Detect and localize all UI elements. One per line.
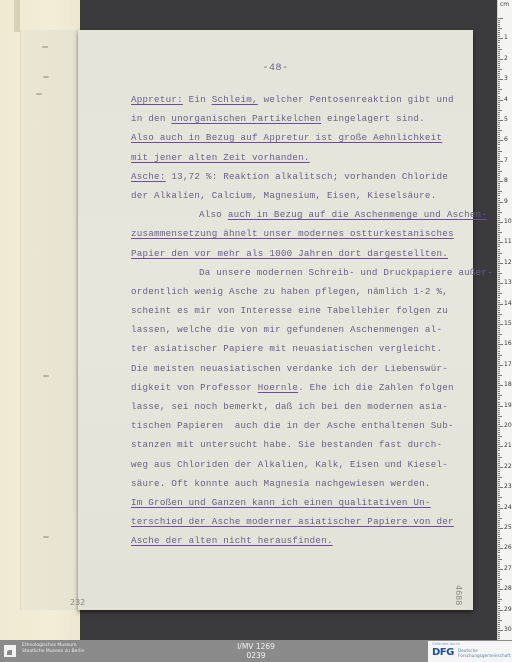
ruler-tick xyxy=(498,406,503,407)
ruler-tick xyxy=(498,620,502,621)
ruler-tick xyxy=(498,524,500,525)
ruler-tick xyxy=(498,26,500,27)
ruler-tick xyxy=(498,279,500,280)
ruler-tick xyxy=(498,365,503,366)
text-segment: Da unsere modernen Schreib- und Druckpap… xyxy=(199,267,493,278)
ruler-tick xyxy=(498,528,503,529)
ruler-label: 6 xyxy=(504,136,508,143)
ruler-tick xyxy=(498,497,502,498)
ruler-tick xyxy=(498,512,500,513)
ruler-tick xyxy=(498,289,500,290)
ruler-tick xyxy=(498,200,500,201)
text-segment: Also xyxy=(199,209,228,220)
text-segment: lassen, welche die von mir gefundenen As… xyxy=(131,324,442,335)
ruler-tick xyxy=(498,81,500,82)
underlined-text: auch in Bezug auf die Aschenmenge und As… xyxy=(228,209,487,220)
ruler-tick xyxy=(498,30,500,31)
ruler-tick xyxy=(498,132,500,133)
ruler-tick xyxy=(498,638,500,639)
text-line: Im Großen und Ganzen kann ich einen qual… xyxy=(131,493,461,512)
ruler-tick xyxy=(498,632,500,633)
ruler-tick xyxy=(498,89,502,90)
ruler-tick xyxy=(498,167,500,168)
ruler-tick xyxy=(498,198,500,199)
ruler-tick xyxy=(498,142,500,143)
ruler-tick xyxy=(498,302,500,303)
cm-ruler: cm 1234567891011121314151617181920212223… xyxy=(497,0,512,640)
ruler-tick xyxy=(498,402,500,403)
ruler-tick xyxy=(498,420,500,421)
text-line: Also auch in Bezug auf die Aschenmenge u… xyxy=(131,205,461,224)
ruler-tick xyxy=(498,342,500,343)
ruler-tick xyxy=(498,430,500,431)
ruler-tick xyxy=(498,377,500,378)
punch-hole-mark xyxy=(43,375,49,377)
ruler-tick xyxy=(498,246,500,247)
ruler-tick xyxy=(498,606,500,607)
ruler-tick xyxy=(498,161,503,162)
ruler-tick xyxy=(498,410,500,411)
ruler-tick xyxy=(498,159,500,160)
ruler-tick xyxy=(498,563,500,564)
text-line: Die meisten neuasiatischen verdanke ich … xyxy=(131,359,461,378)
ruler-label: 2 xyxy=(504,55,508,62)
ruler-tick xyxy=(498,204,500,205)
ruler-tick xyxy=(498,179,500,180)
text-segment: ter asiatischer Papiere mit neuasiatisch… xyxy=(131,343,442,354)
ruler-tick xyxy=(498,214,500,215)
ruler-tick xyxy=(498,514,500,515)
ruler-tick xyxy=(498,344,503,345)
ruler-tick xyxy=(498,34,500,35)
ruler-tick xyxy=(498,469,500,470)
text-line: mit jener alten Zeit vorhanden. xyxy=(131,148,461,167)
ruler-label: 20 xyxy=(504,422,512,429)
text-line: säure. Oft konnte auch Magnesia nachgewi… xyxy=(131,474,461,493)
text-line: weg aus Chloriden der Alkalien, Kalk, Ei… xyxy=(131,455,461,474)
underlined-text: Asche: xyxy=(131,171,166,182)
ruler-tick xyxy=(498,442,500,443)
ruler-unit-label: cm xyxy=(500,1,509,8)
ruler-tick xyxy=(498,191,502,192)
ruler-tick xyxy=(498,226,500,227)
text-line: Asche der alten nicht herausfinden. xyxy=(131,531,461,550)
ruler-tick xyxy=(498,328,500,329)
ruler-label: 10 xyxy=(504,218,512,225)
ruler-tick xyxy=(498,138,500,139)
ruler-tick xyxy=(498,336,500,337)
ruler-tick xyxy=(498,32,500,33)
ruler-tick xyxy=(498,134,500,135)
ruler-tick xyxy=(498,334,502,335)
ruler-tick xyxy=(498,395,502,396)
ruler-tick xyxy=(498,618,500,619)
ruler-label: 16 xyxy=(504,340,512,347)
ruler-tick xyxy=(498,169,500,170)
ruler-tick xyxy=(498,149,500,150)
ruler-tick xyxy=(498,155,500,156)
ruler-tick xyxy=(498,85,500,86)
ruler-label: 18 xyxy=(504,381,512,388)
ruler-tick xyxy=(498,493,500,494)
ruler-tick xyxy=(498,585,500,586)
ruler-tick xyxy=(498,532,500,533)
ruler-tick xyxy=(498,114,500,115)
ruler-tick xyxy=(498,316,500,317)
ruler-tick xyxy=(498,534,500,535)
ruler-tick xyxy=(498,24,500,25)
ruler-tick xyxy=(498,408,500,409)
ruler-tick xyxy=(498,102,500,103)
ruler-tick xyxy=(498,338,500,339)
ruler-tick xyxy=(498,422,500,423)
text-segment: 13,72 %: Reaktion alkalitsch; vorhanden … xyxy=(166,171,448,182)
ruler-tick xyxy=(498,616,500,617)
ruler-tick xyxy=(498,459,500,460)
ruler-tick xyxy=(498,340,500,341)
punch-hole-mark xyxy=(36,93,42,95)
ruler-tick xyxy=(498,489,500,490)
ruler-tick xyxy=(498,542,500,543)
ruler-tick xyxy=(498,67,500,68)
ruler-tick xyxy=(498,573,500,574)
ruler-tick xyxy=(498,450,500,451)
ruler-tick xyxy=(498,283,503,284)
ruler-tick xyxy=(498,112,500,113)
text-line: der Alkalien, Calcium, Magnesium, Eisen,… xyxy=(131,186,461,205)
ruler-tick xyxy=(498,379,500,380)
ruler-tick xyxy=(498,257,500,258)
ruler-tick xyxy=(498,136,500,137)
ruler-tick xyxy=(498,416,502,417)
ruler-tick xyxy=(498,353,500,354)
punch-hole-mark xyxy=(42,46,48,48)
ruler-tick xyxy=(498,622,500,623)
ruler-tick xyxy=(498,455,500,456)
ruler-tick xyxy=(498,495,500,496)
ruler-tick xyxy=(498,83,500,84)
ruler-tick xyxy=(498,130,502,131)
text-segment: eingelagert sind. xyxy=(321,113,425,124)
ruler-tick xyxy=(498,610,503,611)
ruler-tick xyxy=(498,491,500,492)
ruler-tick xyxy=(498,612,500,613)
text-line: digkeit von Professor Hoernle. Ehe ich d… xyxy=(131,378,461,397)
ruler-tick xyxy=(498,603,500,604)
text-segment: lasse, sei noch bemerkt, daß ich bei den… xyxy=(131,401,448,412)
underlying-leaf xyxy=(20,30,81,610)
ruler-tick xyxy=(498,224,500,225)
dfg-logo: Gefördert durch DFG Deutsche Forschungsg… xyxy=(428,641,512,662)
ruler-tick xyxy=(498,608,500,609)
ruler-label: 11 xyxy=(504,238,512,245)
underlined-text: zusammensetzung ähnelt unser modernes os… xyxy=(131,228,454,239)
ruler-label: 19 xyxy=(504,402,512,409)
ruler-tick xyxy=(498,552,500,553)
ruler-tick xyxy=(498,71,500,72)
underlined-text: unorganischen Partikelchen xyxy=(171,113,321,124)
ruler-tick xyxy=(498,485,500,486)
punch-hole-mark xyxy=(43,536,49,538)
ruler-tick xyxy=(498,120,503,121)
text-line: Asche: 13,72 %: Reaktion alkalitsch; vor… xyxy=(131,167,461,186)
text-line: lassen, welche die von mir gefundenen As… xyxy=(131,320,461,339)
ruler-tick xyxy=(498,208,500,209)
ruler-tick xyxy=(498,59,503,60)
ruler-tick xyxy=(498,177,500,178)
ruler-label: 14 xyxy=(504,300,512,307)
ruler-tick xyxy=(498,183,500,184)
ruler-tick xyxy=(498,569,503,570)
ruler-tick xyxy=(498,216,500,217)
ruler-tick xyxy=(498,375,502,376)
ruler-tick xyxy=(498,308,500,309)
ruler-tick xyxy=(498,265,500,266)
ruler-tick xyxy=(498,263,503,264)
ruler-tick xyxy=(498,597,500,598)
ruler-tick xyxy=(498,461,500,462)
ruler-tick xyxy=(498,232,502,233)
ruler-label: 5 xyxy=(504,116,508,123)
ruler-tick xyxy=(498,473,500,474)
ruler-tick xyxy=(498,163,500,164)
ruler-tick xyxy=(498,440,500,441)
ruler-tick xyxy=(498,189,500,190)
ruler-tick xyxy=(498,326,500,327)
ruler-tick xyxy=(498,530,500,531)
ruler-tick xyxy=(498,391,500,392)
text-line: Da unsere modernen Schreib- und Druckpap… xyxy=(131,263,461,282)
ruler-tick xyxy=(498,96,500,97)
underlined-text: Also auch in Bezug auf Appretur ist groß… xyxy=(131,132,442,143)
ruler-label: 17 xyxy=(504,361,512,368)
ruler-tick xyxy=(498,436,502,437)
ruler-tick xyxy=(498,501,500,502)
text-line: terschied der Asche moderner asiatischer… xyxy=(131,512,461,531)
ruler-tick xyxy=(498,291,500,292)
ruler-tick xyxy=(498,544,500,545)
ruler-tick xyxy=(498,259,500,260)
ruler-tick xyxy=(498,47,500,48)
ruler-tick xyxy=(498,393,500,394)
ruler-tick xyxy=(498,118,500,119)
ruler-tick xyxy=(498,153,500,154)
ruler-tick xyxy=(498,269,500,270)
ruler-tick xyxy=(498,100,503,101)
ruler-tick xyxy=(498,453,500,454)
ruler-label: 27 xyxy=(504,565,512,572)
ruler-tick xyxy=(498,312,500,313)
ruler-tick xyxy=(498,444,500,445)
ruler-tick xyxy=(498,193,500,194)
underlined-text: Im Großen und Ganzen kann ich einen qual… xyxy=(131,497,431,508)
scan-area: -48- Appretur: Ein Schleim, welcher Pent… xyxy=(0,0,512,640)
ruler-tick xyxy=(498,426,503,427)
dfg-wordmark: DFG xyxy=(432,647,454,658)
ruler-tick xyxy=(498,106,500,107)
ruler-tick xyxy=(498,218,500,219)
document-page: -48- Appretur: Ein Schleim, welcher Pent… xyxy=(78,30,473,610)
ruler-tick xyxy=(498,589,503,590)
ruler-tick xyxy=(498,448,500,449)
ruler-tick xyxy=(498,306,500,307)
text-line: scheint es mir von Interesse eine Tabell… xyxy=(131,301,461,320)
ruler-tick xyxy=(498,140,503,141)
ruler-tick xyxy=(498,261,500,262)
ruler-label: 13 xyxy=(504,279,512,286)
ruler-tick xyxy=(498,281,500,282)
ruler-tick xyxy=(498,583,500,584)
pencil-note-bottom-left: 232 xyxy=(70,598,85,607)
ruler-tick xyxy=(498,432,500,433)
ruler-tick xyxy=(498,79,503,80)
ruler-tick xyxy=(498,371,500,372)
ruler-tick xyxy=(498,314,502,315)
underlined-text: mit jener alten Zeit vorhanden. xyxy=(131,152,310,163)
ruler-tick xyxy=(498,287,500,288)
text-line: Papier den vor mehr als 1000 Jahren dort… xyxy=(131,244,461,263)
ruler-tick xyxy=(498,151,502,152)
ruler-tick xyxy=(498,49,502,50)
ruler-tick xyxy=(498,571,500,572)
pencil-note-bottom-right: 4688 xyxy=(454,585,463,605)
ruler-tick xyxy=(498,359,500,360)
ruler-tick xyxy=(498,75,500,76)
text-line: tischen Papieren auch die in der Asche e… xyxy=(131,416,461,435)
funder-caption: Gefördert durch xyxy=(432,642,460,646)
ruler-tick xyxy=(498,418,500,419)
ruler-tick xyxy=(498,116,500,117)
text-segment: säure. Oft konnte auch Magnesia nachgewi… xyxy=(131,478,431,489)
binding-strip xyxy=(14,0,20,32)
ruler-tick xyxy=(498,51,500,52)
ruler-label: 8 xyxy=(504,177,508,184)
ruler-label: 4 xyxy=(504,96,508,103)
text-line: in den unorganischen Partikelchen eingel… xyxy=(131,109,461,128)
ruler-tick xyxy=(498,508,503,509)
underlined-text: Asche der alten nicht herausfinden. xyxy=(131,535,333,546)
ruler-tick xyxy=(498,628,500,629)
ruler-tick xyxy=(498,546,500,547)
ruler-tick xyxy=(498,36,500,37)
underlined-text: terschied der Asche moderner asiatischer… xyxy=(131,516,454,527)
ruler-label: 26 xyxy=(504,544,512,551)
ruler-tick xyxy=(498,126,500,127)
ruler-tick xyxy=(498,277,500,278)
ruler-tick xyxy=(498,318,500,319)
text-segment: welcher Pentosenreaktion gibt und xyxy=(258,94,454,105)
ruler-tick xyxy=(498,614,500,615)
ruler-label: 12 xyxy=(504,259,512,266)
ruler-tick xyxy=(498,630,503,631)
typewritten-text: Appretur: Ein Schleim, welcher Pentosenr… xyxy=(131,90,461,551)
underlined-text: Hoernle xyxy=(258,382,298,393)
ruler-tick xyxy=(498,122,500,123)
ruler-tick xyxy=(498,363,500,364)
ruler-tick xyxy=(498,348,500,349)
ruler-tick xyxy=(498,373,500,374)
ruler-tick xyxy=(498,424,500,425)
ruler-tick xyxy=(498,538,502,539)
text-line: Appretur: Ein Schleim, welcher Pentosenr… xyxy=(131,90,461,109)
ruler-tick xyxy=(498,471,500,472)
text-line: lasse, sei noch bemerkt, daß ich bei den… xyxy=(131,397,461,416)
ruler-tick xyxy=(498,332,500,333)
text-line: stanzen mit untersucht habe. Sie bestand… xyxy=(131,435,461,454)
ruler-tick xyxy=(498,526,500,527)
ruler-tick xyxy=(498,165,500,166)
ruler-tick xyxy=(498,322,500,323)
text-segment: . Ehe ich die Zahlen folgen xyxy=(298,382,454,393)
ruler-tick xyxy=(498,220,500,221)
ruler-tick xyxy=(498,212,502,213)
ruler-tick xyxy=(498,230,500,231)
ruler-tick xyxy=(498,128,500,129)
ruler-tick xyxy=(498,520,500,521)
page-number: -48- xyxy=(78,63,473,74)
ruler-tick xyxy=(498,579,502,580)
text-segment: weg aus Chloriden der Alkalien, Kalk, Ei… xyxy=(131,459,448,470)
ruler-tick xyxy=(498,346,500,347)
ruler-tick xyxy=(498,446,503,447)
ruler-tick xyxy=(498,367,500,368)
ruler-tick xyxy=(498,185,500,186)
ruler-tick xyxy=(498,63,500,64)
ruler-tick xyxy=(498,87,500,88)
ruler-tick xyxy=(498,181,503,182)
ruler-tick xyxy=(498,548,503,549)
ruler-tick xyxy=(498,457,502,458)
ruler-tick xyxy=(498,273,502,274)
ruler-tick xyxy=(498,599,502,600)
ruler-tick xyxy=(498,559,502,560)
ruler-tick xyxy=(498,42,500,43)
ruler-tick xyxy=(498,467,503,468)
ruler-tick xyxy=(498,147,500,148)
ruler-tick xyxy=(498,28,502,29)
ruler-tick xyxy=(498,310,500,311)
ruler-tick xyxy=(498,91,500,92)
ruler-tick xyxy=(498,581,500,582)
ruler-tick xyxy=(498,295,500,296)
text-segment: Ein xyxy=(183,94,212,105)
ruler-label: 28 xyxy=(504,585,512,592)
ruler-tick xyxy=(498,369,500,370)
ruler-tick xyxy=(498,45,500,46)
ruler-tick xyxy=(498,304,503,305)
ruler-tick xyxy=(498,255,500,256)
ruler-tick xyxy=(498,593,500,594)
ruler-tick xyxy=(498,157,500,158)
ruler-tick xyxy=(498,428,500,429)
ruler-tick xyxy=(498,414,500,415)
ruler-tick xyxy=(498,601,500,602)
ruler-tick xyxy=(498,351,500,352)
ruler-tick xyxy=(498,626,500,627)
ruler-tick xyxy=(498,389,500,390)
ruler-tick xyxy=(498,110,502,111)
ruler-tick xyxy=(498,397,500,398)
ruler-tick xyxy=(498,575,500,576)
ruler-tick xyxy=(498,293,502,294)
ruler-tick xyxy=(498,381,500,382)
ruler-tick xyxy=(498,383,500,384)
text-segment: der Alkalien, Calcium, Magnesium, Eisen,… xyxy=(131,190,436,201)
ruler-tick xyxy=(498,561,500,562)
ruler-tick xyxy=(498,481,500,482)
text-segment: in den xyxy=(131,113,171,124)
ruler-tick xyxy=(498,557,500,558)
